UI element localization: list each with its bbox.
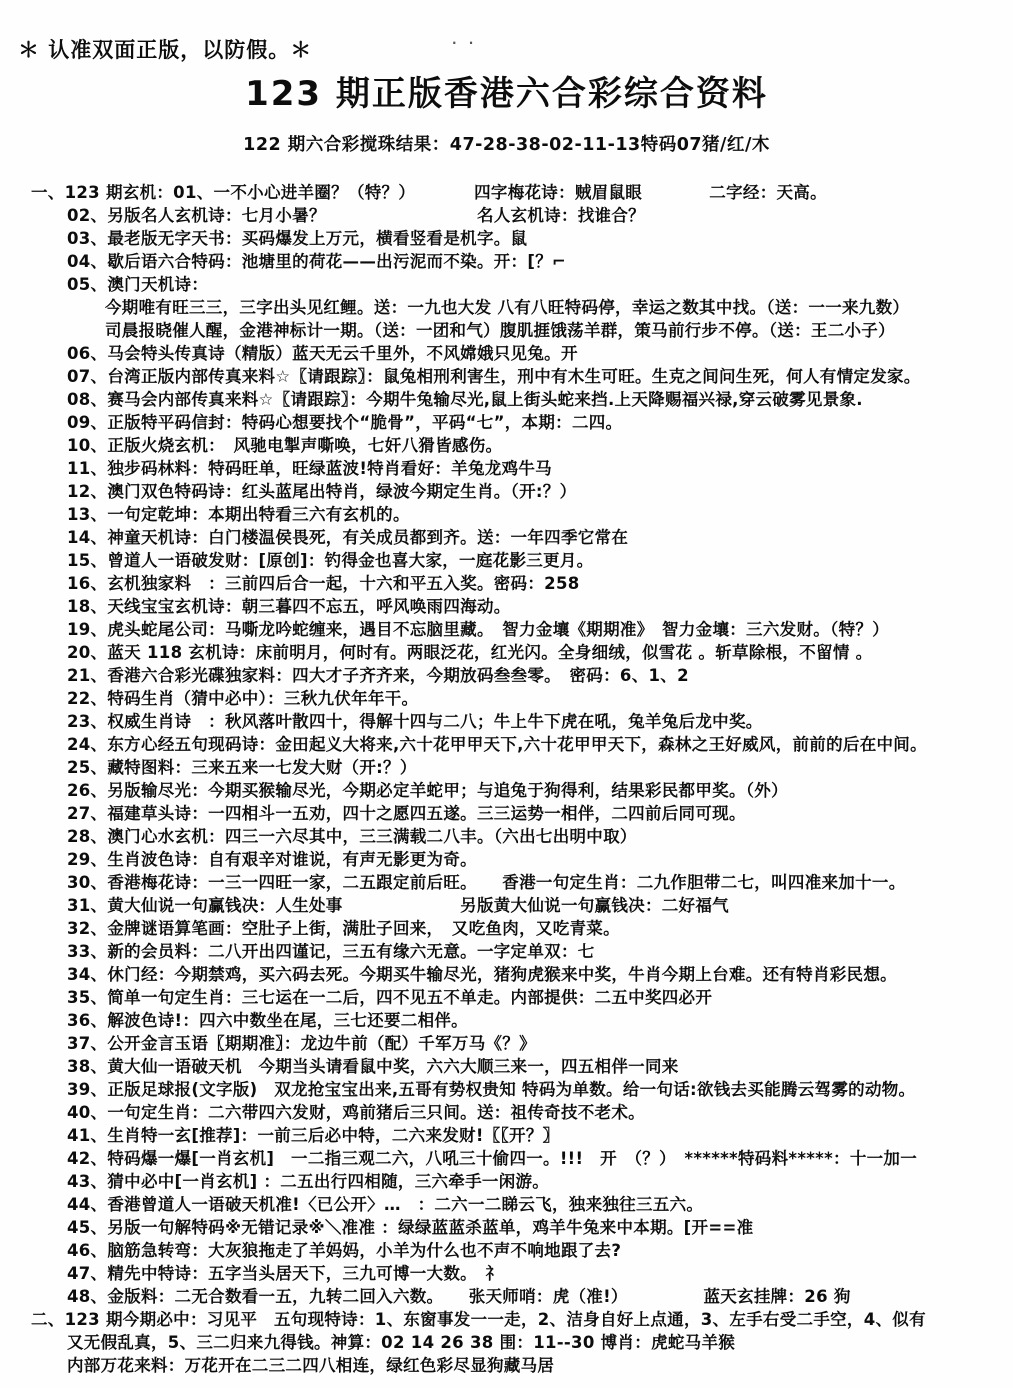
text-line: 16、玄机独家料 ：三前四后合一起，十六和平五入奖。密码：258 (0, 572, 1013, 595)
text-line: 47、精先中特诗：五字当头居天下，三九可博一大数。 礻 (0, 1262, 1013, 1285)
text-line: 44、香港曾道人一语破天机准!〈已公开〉… ：二六一二睇云飞，独来独往三五六。 (0, 1193, 1013, 1216)
text-line: 35、简单一句定生肖：三七运在一二后，四不见五不单走。内部提供：二五中奖四必开 (0, 986, 1013, 1009)
text-line: 33、新的会员料：二八开出四谨记，三五有缘六无意。一字定单双：七 (0, 940, 1013, 963)
text-line: 03、最老版无字天书：买码爆发上万元，横看竖看是机字。鼠 (0, 227, 1013, 250)
text-line: 28、澳门心水玄机：四三一六尽其中，三三满载二八丰。（六出七出明中取） (0, 825, 1013, 848)
text-line: 36、解波色诗!：四六中数坐在尾，三七还要二相伴。 (0, 1009, 1013, 1032)
text-line: 08、赛马会内部传真来料☆〖请跟踪〗：今期牛兔输尽光,鼠上街头蛇来挡.上天降赐福… (0, 388, 1013, 411)
text-line: 38、黄大仙一语破天机 今期当头请看鼠中奖，六六大顺三来一，四五相伴一同来 (0, 1055, 1013, 1078)
text-line: 41、生肖特一玄[推荐]：一前三后必中特，二六来发财!〖〖开？〗 (0, 1124, 1013, 1147)
text-line: 13、一句定乾坤：本期出特看三六有玄机的。 (0, 503, 1013, 526)
content-lines: 一、123 期玄机：01、一不小心进羊圈？（特？） 四字梅花诗：贼眉鼠眼 二字经… (0, 181, 1013, 1377)
text-line: 26、另版输尽光：今期买猴输尽光，今期必定羊蛇甲；与追兔于狗得利，结果彩民都甲奖… (0, 779, 1013, 802)
text-line: 又无假乱真，5、三二归来九得钱。神算：02 14 26 38 围：11--30 … (0, 1331, 1013, 1354)
text-line: 18、天线宝宝玄机诗：朝三暮四不忘五，呼风唤雨四海动。 (0, 595, 1013, 618)
text-line: 11、独步码林料：特码旺单，旺绿蓝波!特肖看好：羊兔龙鸡牛马 (0, 457, 1013, 480)
lottery-info-sheet: ＊ 认准双面正版，以防假。＊ · · 123 期正版香港六合彩综合资料 122 … (0, 0, 1013, 1388)
text-line: 06、马会特头传真诗（精版）蓝天无云千里外，不风嫦娥只见兔。开 (0, 342, 1013, 365)
text-line: 46、脑筋急转弯：大灰狼拖走了羊妈妈，小羊为什么也不声不响地跟了去? (0, 1239, 1013, 1262)
text-line: 40、一句定生肖：二六带四六发财，鸡前猪后三只间。送：祖传奇技不老术。 (0, 1101, 1013, 1124)
text-line: 14、神童天机诗：白门楼温侯畏死，有关成员都到齐。送：一年四季它常在 (0, 526, 1013, 549)
text-line: 31、黄大仙说一句赢钱决：人生处事 另版黄大仙说一句赢钱决：二好福气 (0, 894, 1013, 917)
text-line: 21、香港六合彩光碟独家料：四大才子齐齐来，今期放码叁叁零。 密码：6、1、2 (0, 664, 1013, 687)
text-line: 34、休门经：今期禁鸡，买六码去死。今期买牛输尽光，猪狗虎猴来中奖，牛肖今期上台… (0, 963, 1013, 986)
text-line: 43、猜中必中[一肖玄机] ：二五出行四相随，三六牵手一闲游。 (0, 1170, 1013, 1193)
text-line: 10、正版火烧玄机： 风驰电掣声嘶唤，七奸八猾皆感伤。 (0, 434, 1013, 457)
text-line: 48、金版料：二无合数看一五，九转二回入六数。 张天师哨：虎（准!） 蓝天玄挂牌… (0, 1285, 1013, 1308)
anti-counterfeit-notice: ＊ 认准双面正版，以防假。＊ (18, 34, 312, 64)
text-line: 27、福建草头诗：一四相斗一五劝，四十之愿四五遂。三三运势一相伴，二四前后同可现… (0, 802, 1013, 825)
text-line: 09、正版特平码信封：特码心想要找个“脆骨”，平码“七”，本期：二四。 (0, 411, 1013, 434)
text-line: 02、另版名人玄机诗：七月小暑？ 名人玄机诗：找谁合？ (0, 204, 1013, 227)
text-line: 24、东方心经五句现码诗：金田起义大将来,六十花甲甲天下,六十花甲甲天下，森林之… (0, 733, 1013, 756)
text-line: 22、特码生肖（猜中必中）：三秋九伏年年干。 (0, 687, 1013, 710)
text-line: 39、正版足球报(文字版) 双龙抢宝宝出来,五哥有势权贵知 特码为单数。给一句话… (0, 1078, 1013, 1101)
text-line: 20、蓝天 118 玄机诗：床前明月，何时有。两眼泛花，红光闪。全身细绒，似雪花… (0, 641, 1013, 664)
text-line: 04、歇后语六合特码：池塘里的荷花——出污泥而不染。开：[？⌐ (0, 250, 1013, 273)
text-line: 29、生肖波色诗：自有艰辛对谁说，有声无影更为奇。 (0, 848, 1013, 871)
text-line: 19、虎头蛇尾公司：马嘶龙吟蛇缠来，遇目不忘脑里藏。 智力金壤《期期准》 智力金… (0, 618, 1013, 641)
scan-stray-marks: · · (452, 36, 477, 50)
text-line: 二、123 期今期必中：习见平 五句现特诗：1、东窗事发一一走，2、洁身自好上点… (0, 1308, 1013, 1331)
text-line: 32、金牌谜语算笔画：空肚子上街，满肚子回来， 又吃鱼肉，又吃青菜。 (0, 917, 1013, 940)
text-line: 30、香港梅花诗：一三一四旺一家，二五跟定前后旺。 香港一句定生肖：二九作胆带二… (0, 871, 1013, 894)
text-line: 司晨报晓催人醒，金港神标计一期。（送：一团和气）腹肌捱饿荡羊群，策马前行步不停。… (0, 319, 1013, 342)
text-line: 45、另版一句解特码※无错记录※＼准准 ：绿绿蓝蓝杀蓝单，鸡羊牛兔来中本期。[开… (0, 1216, 1013, 1239)
text-line: 05、澳门天机诗： (0, 273, 1013, 296)
text-line: 25、藏特图料：三来五来一七发大财（开:？） (0, 756, 1013, 779)
text-line: 12、澳门双色特码诗：红头蓝尾出特肖，绿波今期定生肖。（开:？） (0, 480, 1013, 503)
text-line: 37、公开金言玉语〖期期准〗：龙边牛前（配）千军万马《？》 (0, 1032, 1013, 1055)
text-line: 42、特码爆一爆[一肖玄机] 一二指三观二六，八吼三十偷四一。!!! 开 （？）… (0, 1147, 1013, 1170)
text-line: 今期唯有旺三三，三字出头见红鲤。送：一九也大发 八有八旺特码停，幸运之数其中找。… (0, 296, 1013, 319)
page-title: 123 期正版香港六合彩综合资料 (0, 66, 1013, 115)
text-line: 内部万花来料：万花开在二三二四八相连，绿红色彩尽显狗藏马居 (0, 1354, 1013, 1377)
text-line: 07、台湾正版内部传真来料☆〖请跟踪〗：鼠兔相刑利害生，刑中有木生可旺。生克之间… (0, 365, 1013, 388)
text-line: 23、权威生肖诗 ：秋风落叶散四十，得解十四与二八；牛上牛下虎在吼，兔羊兔后龙中… (0, 710, 1013, 733)
text-line: 一、123 期玄机：01、一不小心进羊圈？（特？） 四字梅花诗：贼眉鼠眼 二字经… (0, 181, 1013, 204)
previous-draw-result: 122 期六合彩搅珠结果：47-28-38-02-11-13特码07猪/红/木 (0, 131, 1013, 156)
text-line: 15、曾道人一语破发财：[原创]：钓得金也喜大家，一庭花影三更月。 (0, 549, 1013, 572)
